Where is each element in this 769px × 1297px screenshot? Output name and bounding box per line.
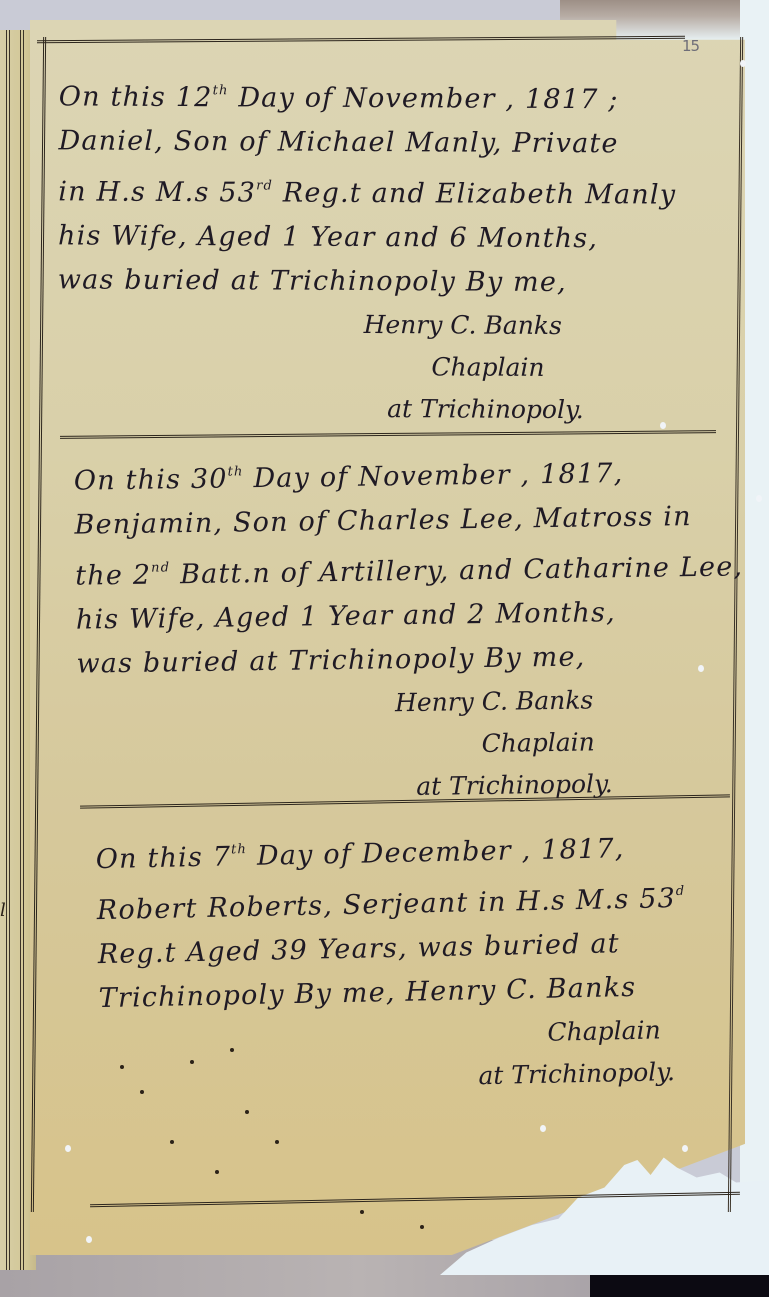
signature-title: Chaplain [431, 346, 675, 389]
ink-speck [360, 1210, 364, 1214]
paper-hole [698, 665, 704, 672]
burial-entry: On this 7th Day of December , 1817, Robe… [95, 819, 689, 1105]
previous-page-rule [23, 30, 24, 1270]
paper-hole [740, 60, 746, 67]
ink-speck [170, 1140, 174, 1144]
ink-speck [120, 1065, 124, 1069]
signature-title: Chaplain [547, 1009, 689, 1054]
previous-page-mark: l [0, 900, 6, 921]
paper-hole [65, 1145, 71, 1152]
burial-entry: On this 30th Day of November , 1817, Ben… [74, 443, 747, 812]
ink-speck [420, 1225, 424, 1229]
entry-line: Daniel, Son of Michael Manly, Private [58, 119, 676, 166]
signature-name: Henry C. Banks [363, 304, 675, 348]
ink-speck [215, 1170, 219, 1174]
ink-speck [140, 1090, 144, 1094]
burial-entry: On this 12th Day of November , 1817 ; Da… [57, 68, 677, 431]
ink-speck [190, 1060, 194, 1064]
entry-line: On this 30th Day of November , 1817, [74, 443, 743, 503]
paper-hole [756, 495, 762, 502]
ink-speck [230, 1048, 234, 1052]
previous-page-rule [6, 30, 7, 1270]
entry-line: his Wife, Aged 1 Year and 6 Months, [58, 214, 676, 261]
paper-hole [682, 1145, 688, 1152]
entry-line: On this 12th Day of November , 1817 ; [59, 68, 677, 122]
paper-hole [86, 1236, 92, 1243]
signature-title: Chaplain [481, 719, 746, 765]
paper-hole [660, 422, 666, 429]
signature-place: at Trichinopoly. [478, 1051, 690, 1097]
previous-page-rule [20, 30, 21, 1270]
entry-line: was buried at Trichinopoly By me, [58, 258, 676, 305]
ink-speck [275, 1140, 279, 1144]
signature-place: at Trichinopoly. [387, 388, 675, 432]
previous-page-rule [9, 30, 10, 1270]
paper-hole [540, 1125, 546, 1132]
entry-line: the 2nd Batt.n of Artillery, and Cathari… [75, 538, 744, 598]
ink-speck [245, 1110, 249, 1114]
signature-name: Henry C. Banks [395, 677, 746, 724]
entry-line: in H.s M.s 53rd Reg.t and Elizabeth Manl… [58, 163, 676, 217]
